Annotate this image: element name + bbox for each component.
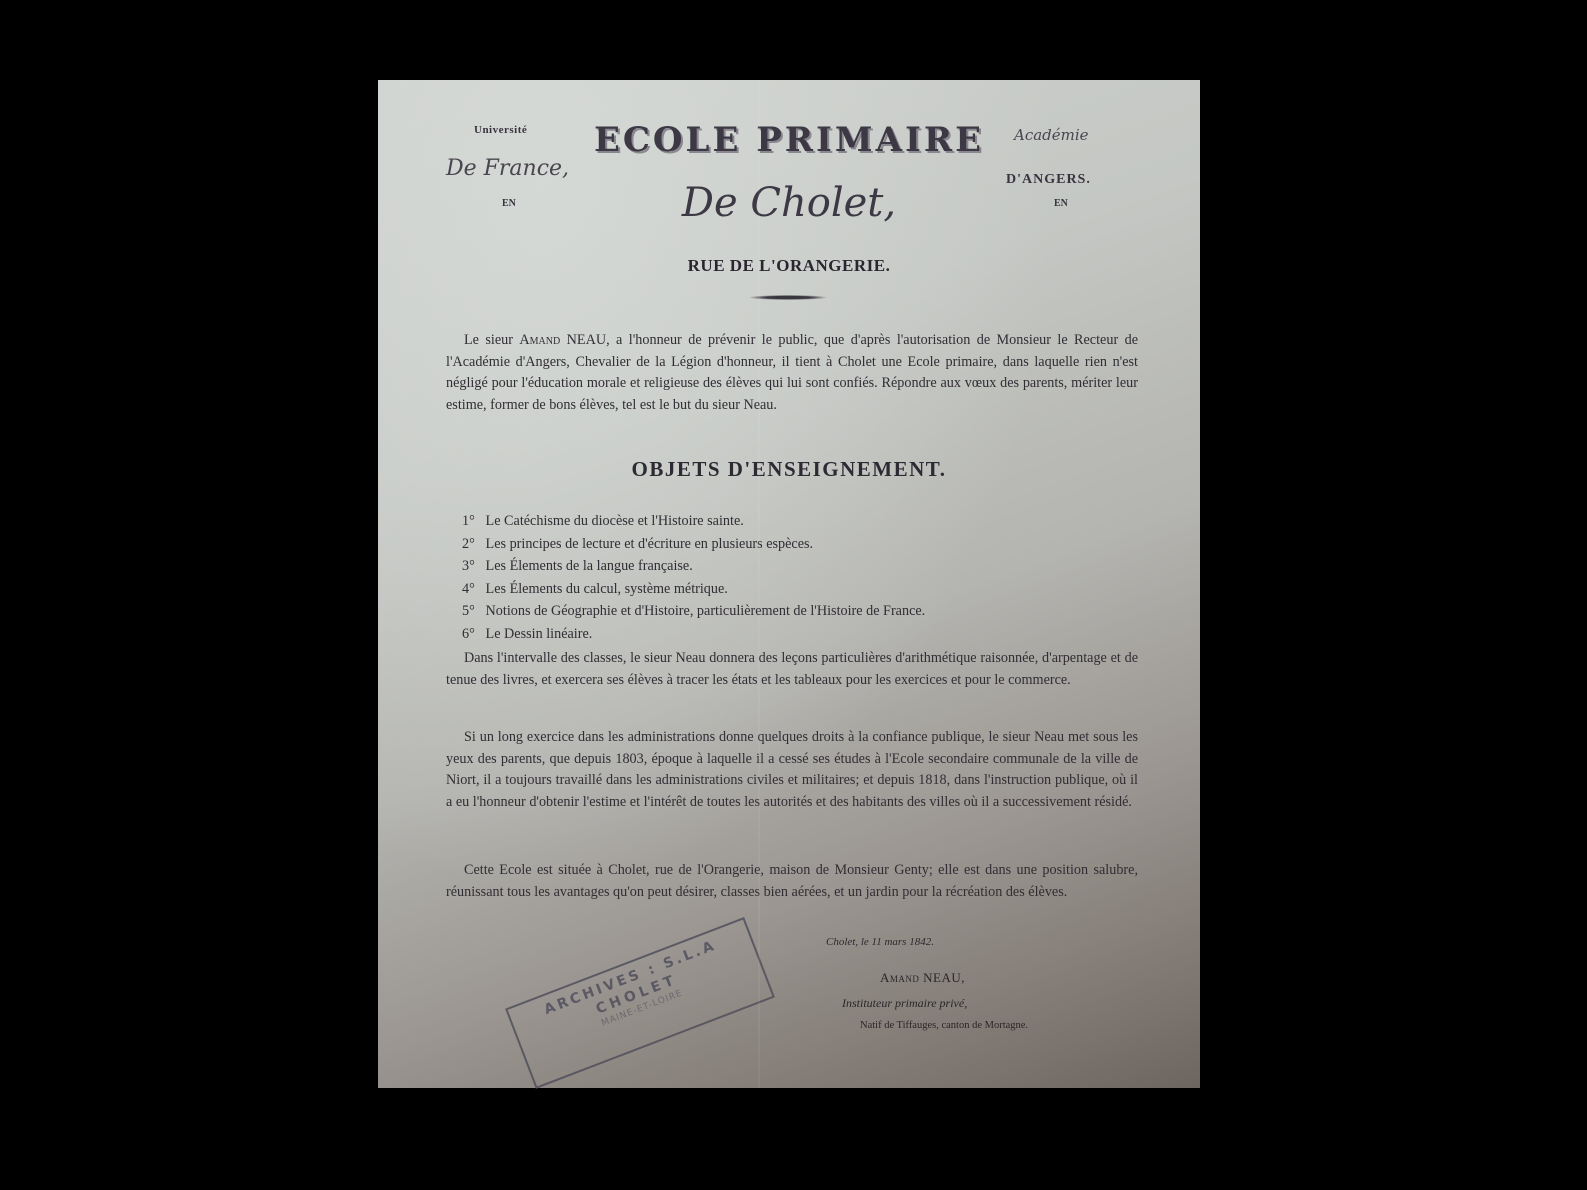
document-subtitle: De Cholet, [378, 180, 1200, 226]
experience-paragraph: Si un long exercice dans les administrat… [446, 727, 1138, 813]
subjects-list: 1° Le Catéchisme du diocèse et l'Histoir… [462, 510, 1142, 645]
lessons-paragraph: Dans l'intervalle des classes, le sieur … [446, 648, 1138, 691]
intro-first-name: Amand [519, 332, 560, 348]
document-title: ECOLE PRIMAIRE [378, 120, 1200, 160]
scanned-document-page: Université De France, EN Académie D'ANGE… [378, 80, 1200, 1088]
signature-origin: Natif de Tiffauges, canton de Mortagne. [860, 1020, 1028, 1031]
section-title-subjects: OBJETS D'ENSEIGNEMENT. [378, 457, 1200, 482]
intro-lead: Le sieur [464, 332, 513, 348]
signature-date: Cholet, le 11 mars 1842. [826, 936, 934, 948]
list-item: 4° Les Élements du calcul, système métri… [462, 578, 1142, 601]
ornament-divider [749, 295, 827, 300]
intro-paragraph: Le sieur Amand NEAU, a l'honneur de prév… [446, 330, 1138, 416]
signature-name: Amand NEAU, [880, 970, 965, 986]
list-item: 1° Le Catéchisme du diocèse et l'Histoir… [462, 510, 1142, 533]
location-paragraph: Cette Ecole est située à Cholet, rue de … [446, 860, 1138, 903]
list-item: 3° Les Élements de la langue française. [462, 555, 1142, 578]
signature-title: Instituteur primaire privé, [842, 996, 967, 1011]
intro-surname: NEAU [567, 332, 606, 348]
list-item: 2° Les principes de lecture et d'écritur… [462, 533, 1142, 556]
stamp-line-city: CHOLET [516, 942, 757, 1047]
list-item: 5° Notions de Géographie et d'Histoire, … [462, 600, 1142, 623]
list-item: 6° Le Dessin linéaire. [462, 623, 1142, 646]
archive-stamp: ARCHIVES : S.L.A CHOLET MAINE-ET-LOIRE [505, 917, 775, 1089]
street-address: RUE DE L'ORANGERIE. [378, 256, 1200, 276]
